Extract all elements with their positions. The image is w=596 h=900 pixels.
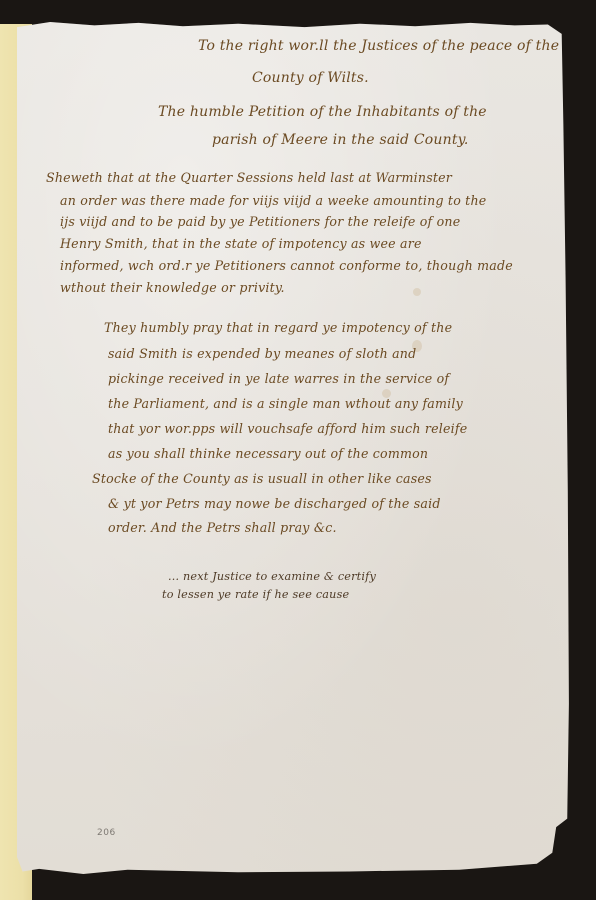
paragraph-1-line-1: Sheweth that at the Quarter Sessions hel… xyxy=(46,170,452,185)
ink-stain xyxy=(413,288,421,296)
paragraph-2-line-5: that yor wor.pps will vouchsafe afford h… xyxy=(108,421,467,436)
paragraph-2-line-1: They humbly pray that in regard ye impot… xyxy=(104,320,452,335)
paragraph-2-line-3: pickinge received in ye late warres in t… xyxy=(108,371,449,386)
paragraph-2-line-2: said Smith is expended by meanes of slot… xyxy=(108,346,416,361)
paragraph-2-line-9: order. And the Petrs shall pray &c. xyxy=(108,520,337,535)
paragraph-1-line-2: an order was there made for viijs viijd … xyxy=(60,193,486,208)
paragraph-1-line-3: ijs viijd and to be paid by ye Petitione… xyxy=(60,214,460,229)
folio-number: 206 xyxy=(97,828,116,838)
petition-title-line-2: parish of Meere in the said County. xyxy=(212,132,469,148)
petition-title-line-1: The humble Petition of the Inhabitants o… xyxy=(158,104,487,120)
paragraph-1-line-4: Henry Smith, that in the state of impote… xyxy=(60,236,422,251)
paragraph-2-line-8: & yt yor Petrs may nowe be discharged of… xyxy=(108,496,441,511)
address-line-2: County of Wilts. xyxy=(252,70,369,86)
address-line-1: To the right wor.ll the Justices of the … xyxy=(198,38,559,54)
document-viewer: To the right wor.ll the Justices of the … xyxy=(0,0,596,900)
order-note-line-1: ... next Justice to examine & certify xyxy=(168,570,376,583)
paragraph-2-line-6-text: as you shall thinke necessary out of the… xyxy=(108,446,428,461)
paragraph-2-line-7: Stocke of the County as is usuall in oth… xyxy=(92,471,432,486)
paragraph-1-line-5: informed, wch ord.r ye Petitioners canno… xyxy=(60,258,513,273)
order-note-line-2: to lessen ye rate if he see cause xyxy=(162,588,349,601)
paragraph-2-line-6: as you shall thinke necessary out of the… xyxy=(108,446,428,461)
paragraph-1-line-6: wthout their knowledge or privity. xyxy=(60,280,285,295)
paragraph-2-line-4: the Parliament, and is a single man wtho… xyxy=(108,396,463,411)
